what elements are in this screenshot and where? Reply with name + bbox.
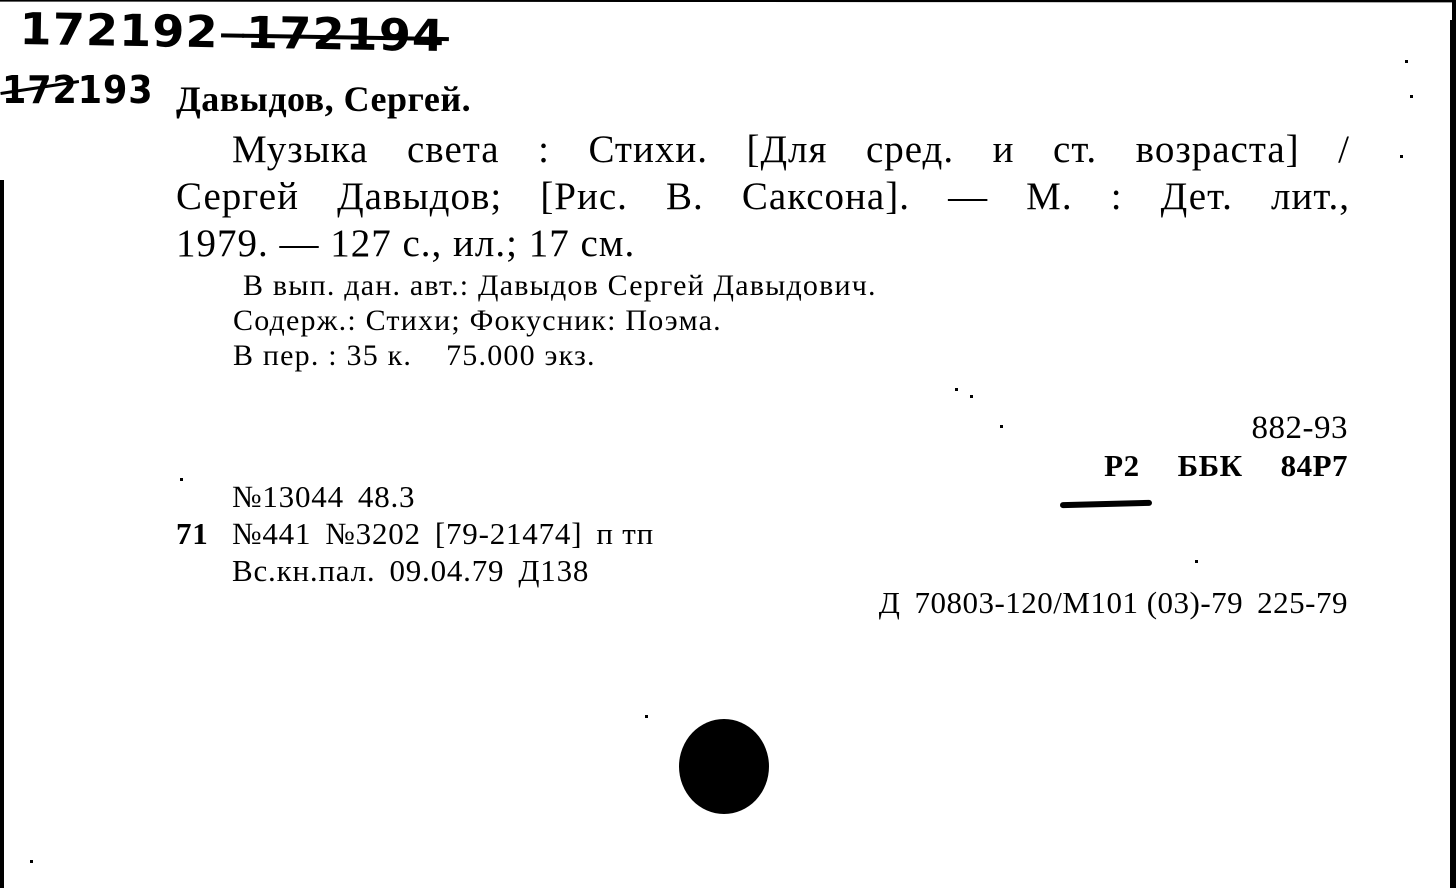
bbk-codes: Р2ББК84Р7 [1104, 447, 1348, 485]
handwritten-inventory-number: 172193 [2, 68, 153, 112]
scan-speck [1000, 425, 1003, 428]
registration-line-1: №1304448.3 [176, 478, 654, 515]
card-left-edge [0, 180, 4, 888]
scan-speck [1405, 60, 1408, 63]
author-heading: Давыдов, Сергей. [176, 78, 471, 120]
registration-bracket-number: [79-21474] [435, 516, 582, 551]
contents-note: Содерж.: Стихи; Фокусник: Поэма. [233, 303, 877, 338]
notes-block: В вып. дан. авт.: Давыдов Сергей Давыдов… [233, 268, 877, 373]
scan-speck [970, 395, 973, 398]
registration-number: №13044 [232, 479, 344, 514]
class-code: Р2 [1104, 448, 1139, 483]
author-data-note: В вып. дан. авт.: Давыдов Сергей Давыдов… [233, 268, 877, 303]
bibliographic-description: Музыка света : Стихи. [Для сред. и ст. в… [176, 126, 1350, 267]
scan-speck [1400, 155, 1403, 158]
binding-price: В пер. : 35 к. [233, 339, 412, 372]
class-code: 84Р7 [1281, 448, 1348, 483]
card-punch-hole [679, 719, 769, 814]
scan-speck [955, 388, 958, 391]
scan-speck [645, 715, 648, 718]
code-suffix: 225-79 [1257, 585, 1348, 620]
code-prefix: Д [879, 585, 901, 620]
catalog-card: 172192172194 172193 Давыдов, Сергей. Муз… [0, 0, 1456, 888]
publication-code: Д70803-120/М101 (03)-79225-79 [879, 585, 1348, 621]
registration-block: №1304448.3 71№441№3202[79-21474]п тп Вс.… [176, 478, 654, 589]
udc-number: 882-93 [1104, 409, 1348, 447]
classification-block: 882-93 Р2ББК84Р7 [1104, 409, 1348, 485]
handwritten-inventory-range: 172192172194 [19, 4, 446, 62]
price-note: В пер. : 35 к.75.000 экз. [233, 338, 877, 373]
class-code: ББК [1178, 448, 1243, 483]
title-line: Музыка света : Стихи. [Для сред. и ст. в… [176, 126, 1350, 173]
print-run: 75.000 экз. [446, 339, 596, 372]
scan-speck [1410, 95, 1413, 98]
handwritten-dash [221, 33, 244, 37]
chamber-name: Вс.кн.пал. [232, 553, 375, 588]
registration-date: 09.04.79 [389, 553, 504, 588]
scan-speck [1195, 560, 1198, 563]
registration-lead-number: 71 [176, 515, 232, 552]
scan-speck [30, 860, 33, 863]
handwritten-range-end-struck: 172194 [246, 8, 446, 62]
registration-line-3: Вс.кн.пал.09.04.79Д138 [176, 552, 654, 589]
handwritten-struck-prefix: 172 [2, 68, 78, 112]
registration-type: п тп [596, 516, 654, 551]
card-top-edge [0, 0, 1456, 4]
registration-code: Д138 [518, 553, 589, 588]
scan-speck [180, 478, 183, 481]
title-line: 1979. — 127 с., ил.; 17 см. [176, 220, 1350, 267]
registration-number: №441 [232, 516, 311, 551]
registration-number: №3202 [325, 516, 421, 551]
card-right-edge [1450, 20, 1456, 888]
handwritten-number-suffix: 193 [78, 68, 154, 112]
code-body: 70803-120/М101 (03)-79 [914, 585, 1243, 620]
title-line: Сергей Давыдов; [Рис. В. Саксона]. — М. … [176, 173, 1350, 220]
registration-code: 48.3 [358, 479, 415, 514]
handwritten-range-start: 172192 [19, 4, 219, 58]
registration-line-2: 71№441№3202[79-21474]п тп [176, 515, 654, 552]
pencil-underline-mark [1060, 500, 1152, 508]
